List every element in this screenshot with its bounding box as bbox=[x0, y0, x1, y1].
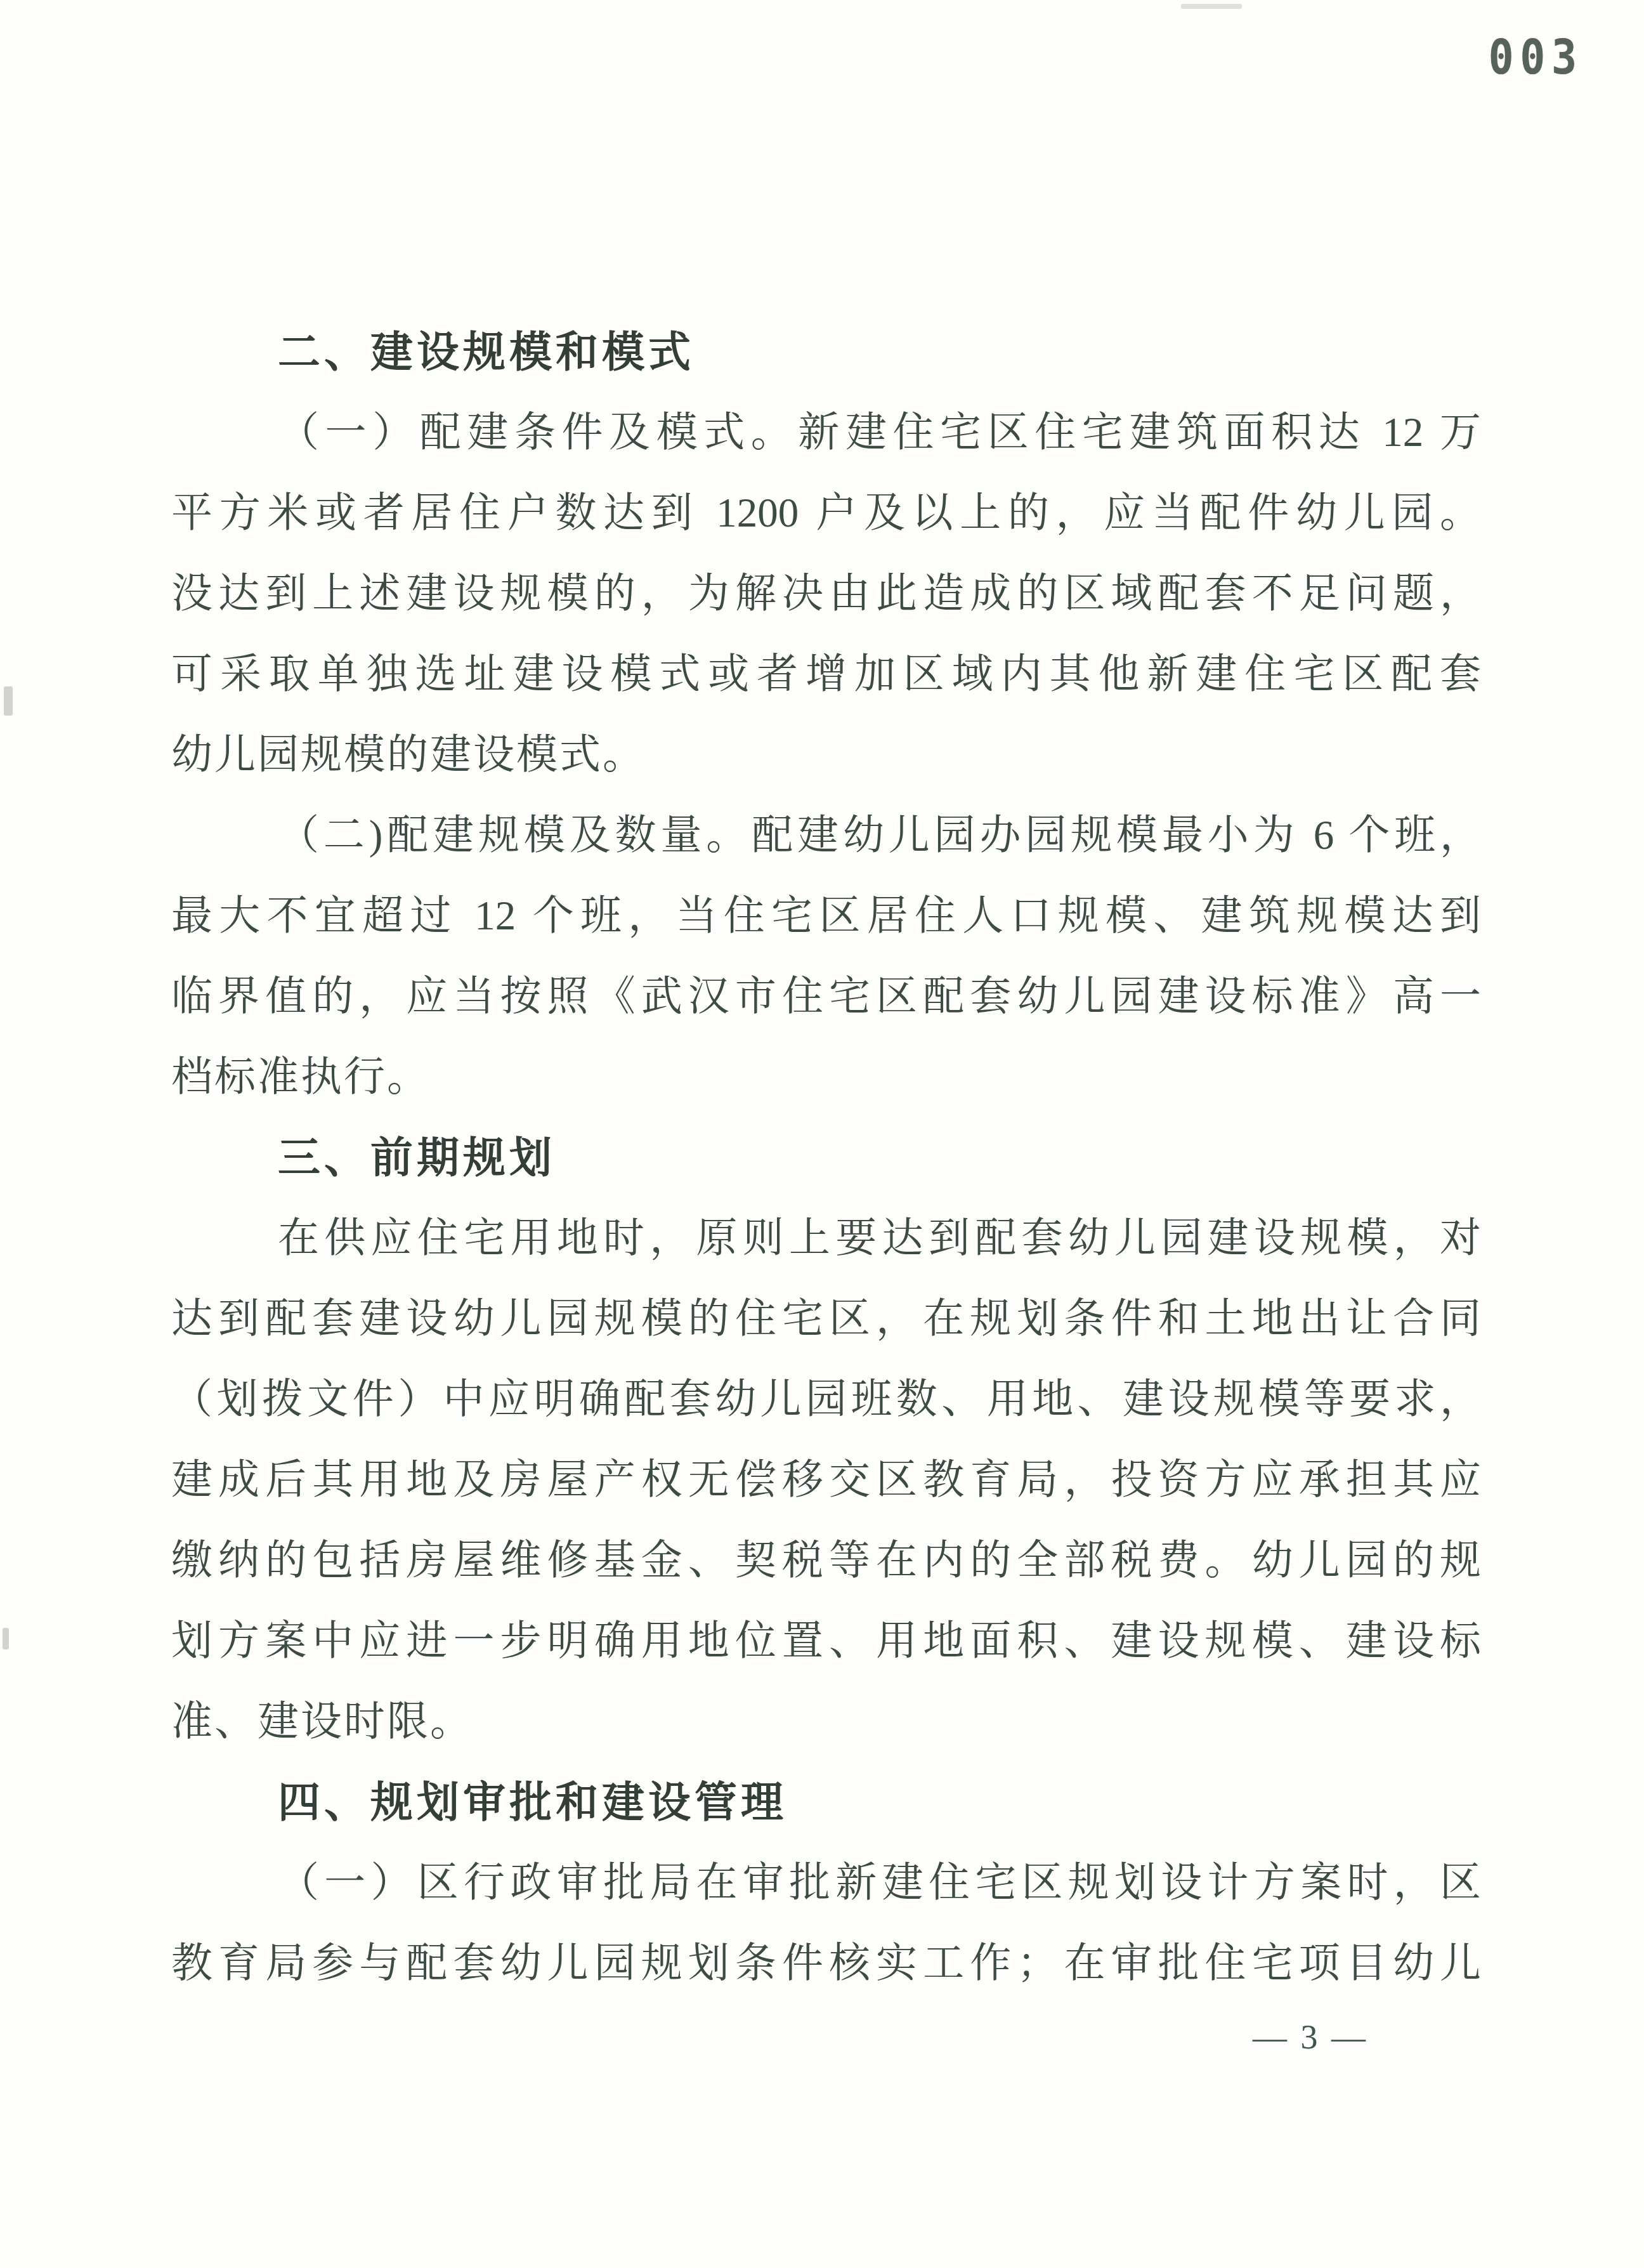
scan-artifact bbox=[1181, 4, 1242, 9]
body-line: （二)配建规模及数量。配建幼儿园办园规模最小为 6 个班， bbox=[171, 796, 1481, 876]
body-line: 档标准执行。 bbox=[171, 1037, 1481, 1118]
body-line: （一）配建条件及模式。新建住宅区住宅建筑面积达 12 万 bbox=[171, 393, 1481, 473]
body-line: 划方案中应进一步明确用地位置、用地面积、建设规模、建设标 bbox=[171, 1601, 1481, 1682]
heading-section-2: 二、建设规模和模式 bbox=[171, 312, 1481, 393]
body-line: 教育局参与配套幼儿园规划条件核实工作；在审批住宅项目幼儿 bbox=[171, 1924, 1481, 2004]
page-number-footer: — 3 — bbox=[1253, 2017, 1368, 2057]
body-line: 平方米或者居住户数达到 1200 户及以上的，应当配件幼儿园。 bbox=[171, 473, 1481, 554]
heading-section-3: 三、前期规划 bbox=[171, 1118, 1481, 1198]
body-line: 缴纳的包括房屋维修基金、契税等在内的全部税费。幼儿园的规 bbox=[171, 1521, 1481, 1601]
body-line: （划拨文件）中应明确配套幼儿园班数、用地、建设规模等要求， bbox=[171, 1360, 1481, 1440]
scanned-document-page: 003 二、建设规模和模式 （一）配建条件及模式。新建住宅区住宅建筑面积达 12… bbox=[0, 0, 1644, 2268]
page-stamp-number: 003 bbox=[1489, 30, 1583, 84]
body-line: （一）区行政审批局在审批新建住宅区规划设计方案时，区 bbox=[171, 1843, 1481, 1924]
body-line: 建成后其用地及房屋产权无偿移交区教育局，投资方应承担其应 bbox=[171, 1440, 1481, 1521]
body-line: 临界值的，应当按照《武汉市住宅区配套幼儿园建设标准》高一 bbox=[171, 957, 1481, 1037]
scan-artifact bbox=[3, 1628, 9, 1649]
body-line: 达到配套建设幼儿园规模的住宅区，在规划条件和土地出让合同 bbox=[171, 1279, 1481, 1360]
scan-artifact bbox=[4, 686, 13, 716]
body-line: 没达到上述建设规模的，为解决由此造成的区域配套不足问题， bbox=[171, 554, 1481, 634]
body-line: 最大不宜超过 12 个班，当住宅区居住人口规模、建筑规模达到 bbox=[171, 876, 1481, 957]
body-line: 幼儿园规模的建设模式。 bbox=[171, 715, 1481, 796]
body-line: 可采取单独选址建设模式或者增加区域内其他新建住宅区配套 bbox=[171, 634, 1481, 715]
heading-section-4: 四、规划审批和建设管理 bbox=[171, 1762, 1481, 1843]
body-line: 准、建设时限。 bbox=[171, 1682, 1481, 1762]
body-line: 在供应住宅用地时，原则上要达到配套幼儿园建设规模，对 bbox=[171, 1198, 1481, 1279]
document-body: 二、建设规模和模式 （一）配建条件及模式。新建住宅区住宅建筑面积达 12 万 平… bbox=[171, 312, 1481, 2004]
